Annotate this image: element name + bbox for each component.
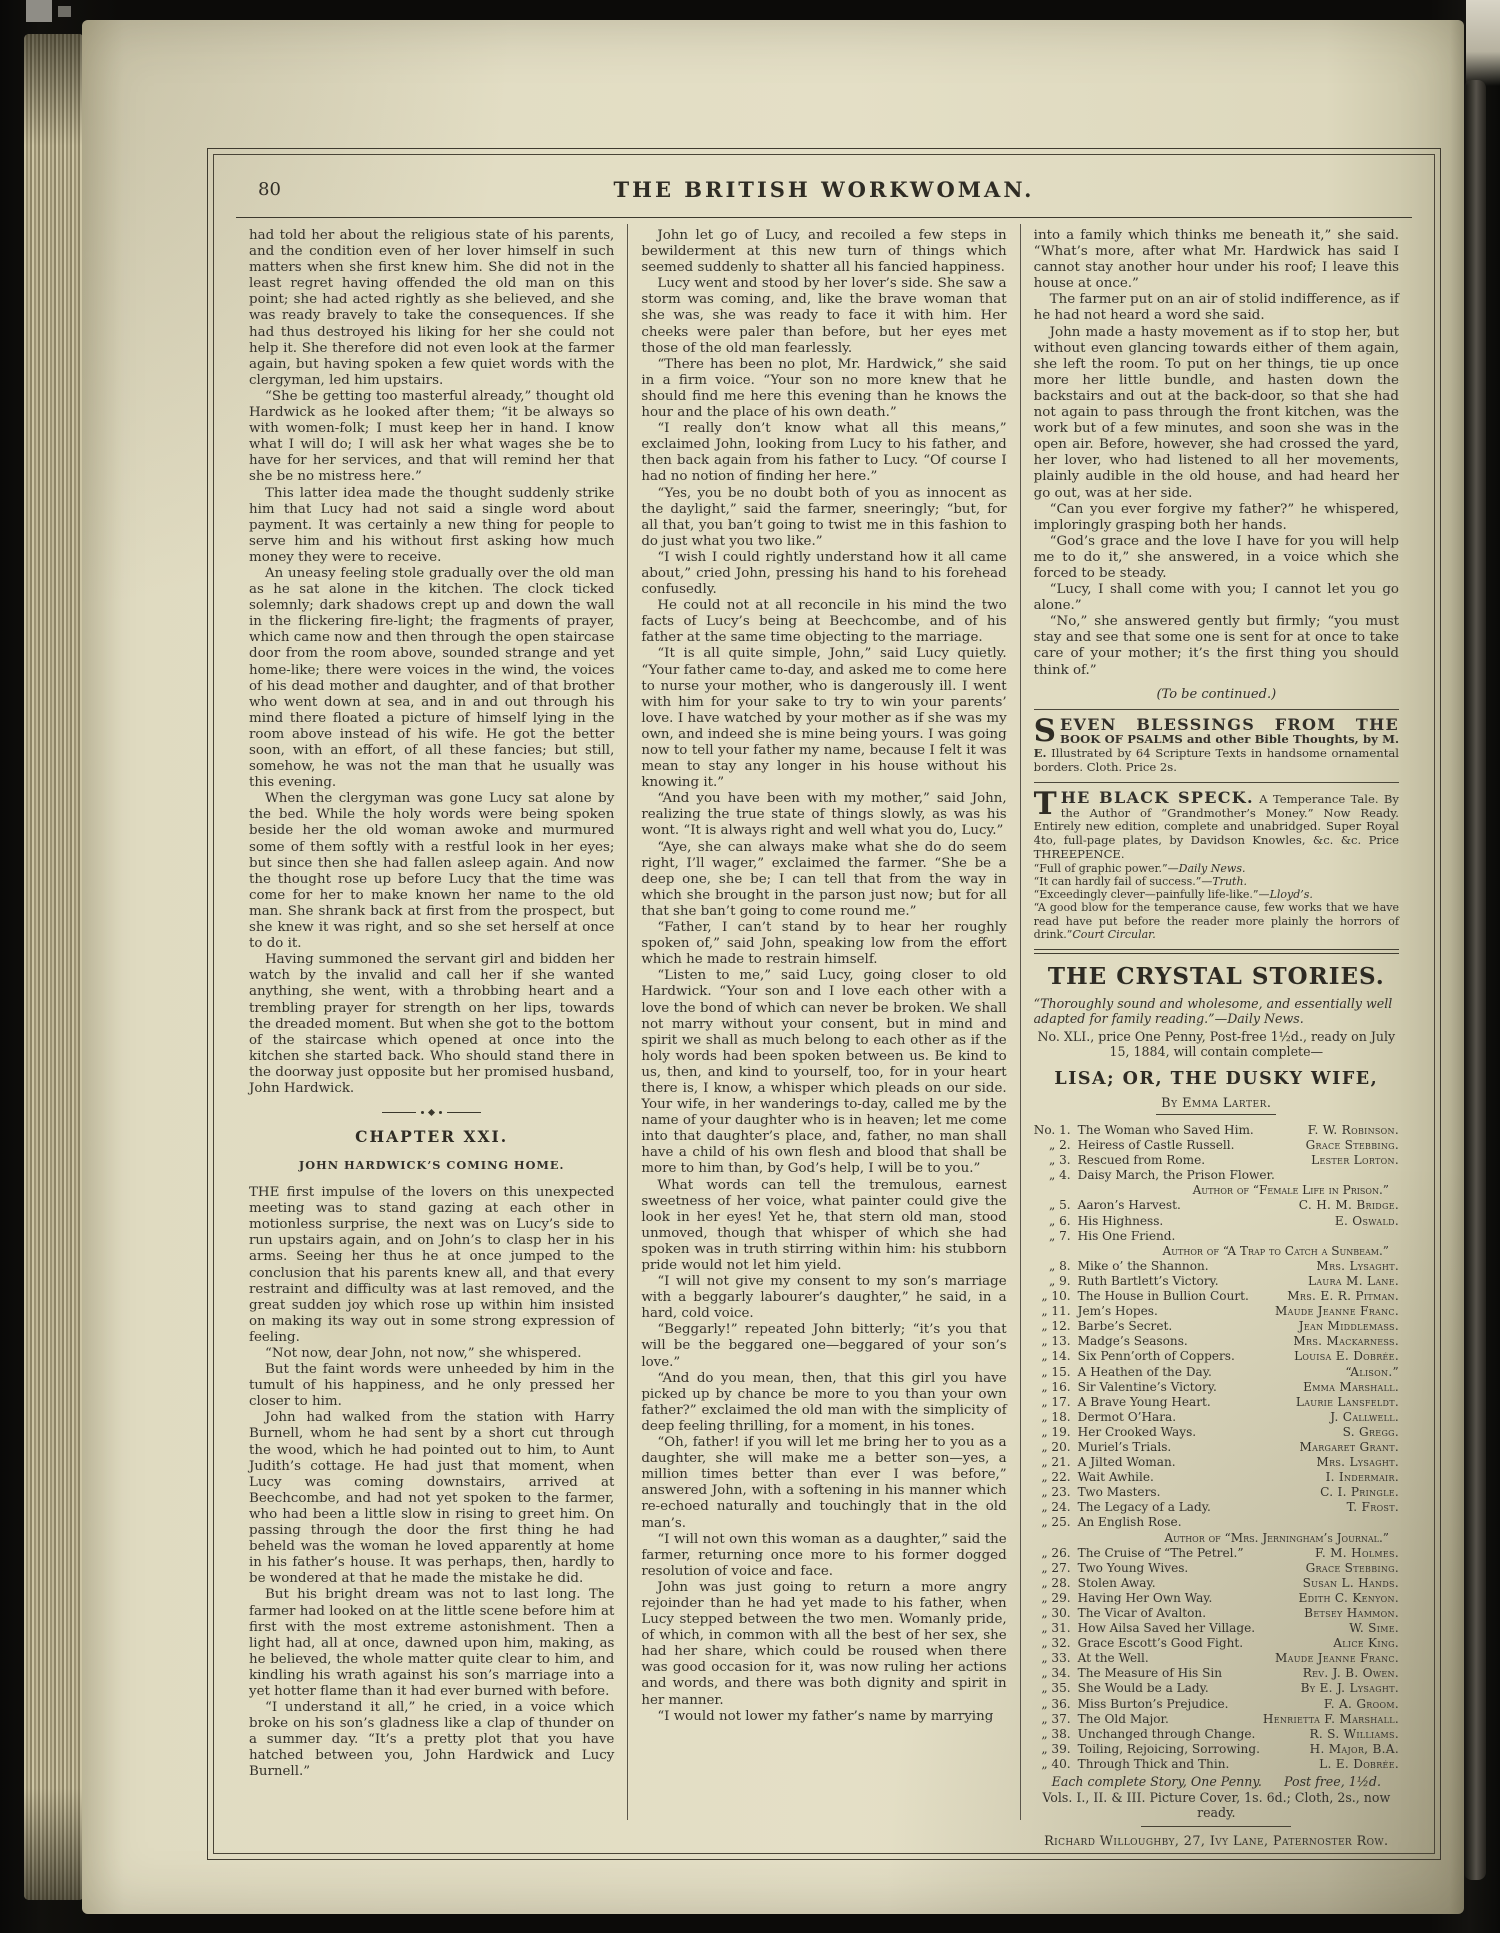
- list-item-title: The Cruise of “The Petrel.”: [1078, 1546, 1315, 1561]
- list-item-title: An English Rose.: [1078, 1515, 1399, 1530]
- story-catalogue-list: No. 1. The Woman who Saved Him. F. W. Ro…: [1034, 1123, 1399, 1772]
- list-item: „ 22. Wait Awhile. I. Indermair.: [1034, 1470, 1399, 1485]
- list-item-author: R. S. Williams.: [1309, 1727, 1399, 1742]
- list-item-title: Miss Burton’s Prejudice.: [1078, 1697, 1324, 1712]
- list-item-number: „ 16.: [1034, 1380, 1078, 1395]
- list-item-number: „ 7.: [1034, 1229, 1078, 1244]
- list-item-author: Jean Middlemass.: [1299, 1319, 1399, 1334]
- book-page-edges: [24, 34, 84, 1900]
- list-item-number: „ 37.: [1034, 1712, 1078, 1727]
- paragraph: But the faint words were unheeded by him…: [249, 1362, 614, 1410]
- ad-seven-blessings: SEVEN BLESSINGS FROM THE BOOK OF PSALMS …: [1034, 718, 1399, 775]
- list-item-number: „ 34.: [1034, 1666, 1078, 1681]
- story-text-block: had told her about the religious state o…: [249, 228, 614, 1097]
- list-item: „ 40. Through Thick and Thin. L. E. Dobr…: [1034, 1757, 1399, 1772]
- paragraph: An uneasy feeling stole gradually over t…: [249, 566, 614, 791]
- list-item-title: The Old Major.: [1078, 1712, 1263, 1727]
- list-item-author: Mrs. Mackarness.: [1293, 1334, 1399, 1349]
- list-item-title: Wait Awhile.: [1078, 1470, 1326, 1485]
- column-2: John let go of Lucy, and recoiled a few …: [627, 224, 1019, 1820]
- list-item-author: Emma Marshall.: [1303, 1380, 1399, 1395]
- list-item: „ 19. Her Crooked Ways. S. Gregg.: [1034, 1425, 1399, 1440]
- list-item-title: Heiress of Castle Russell.: [1078, 1138, 1306, 1153]
- paragraph: John had walked from the station with Ha…: [249, 1410, 614, 1587]
- section-divider-ornament: [249, 1110, 614, 1115]
- list-item-title: Two Young Wives.: [1078, 1561, 1306, 1576]
- newspaper-page: 80 THE BRITISH WORKWOMAN. had told her a…: [82, 20, 1464, 1914]
- byline-rule: [1156, 1114, 1276, 1115]
- list-item-title: The Legacy of a Lady.: [1078, 1500, 1347, 1515]
- list-item-number: No. 1.: [1034, 1123, 1078, 1138]
- list-item: „ 21. A Jilted Woman. Mrs. Lysaght.: [1034, 1455, 1399, 1470]
- list-item-author: Louisa E. Dobrée.: [1294, 1349, 1399, 1364]
- list-item-title: Six Penn’orth of Coppers.: [1078, 1349, 1294, 1364]
- list-item: „ 6. His Highness. E. Oswald.: [1034, 1214, 1399, 1229]
- scan-background: 80 THE BRITISH WORKWOMAN. had told her a…: [0, 0, 1500, 1933]
- list-item: „ 8. Mike o’ the Shannon. Mrs. Lysaght.: [1034, 1259, 1399, 1274]
- list-item-author: Laurie Lansfeldt.: [1296, 1395, 1399, 1410]
- paragraph: “I understand it all,” he cried, in a vo…: [249, 1700, 614, 1780]
- list-item-title: Muriel’s Trials.: [1078, 1440, 1300, 1455]
- list-item-title: A Heathen of the Day.: [1078, 1365, 1346, 1380]
- paragraph: “I will not own this woman as a daughter…: [641, 1532, 1006, 1580]
- list-item: „ 23. Two Masters. C. I. Pringle.: [1034, 1485, 1399, 1500]
- column-1: had told her about the religious state o…: [236, 224, 627, 1820]
- list-item: „ 39. Toiling, Rejoicing, Sorrowing. H. …: [1034, 1742, 1399, 1757]
- list-item-number: „ 4.: [1034, 1168, 1078, 1183]
- list-item-number: „ 25.: [1034, 1515, 1078, 1530]
- list-item-title: She Would be a Lady.: [1078, 1681, 1301, 1696]
- list-item-author: S. Gregg.: [1343, 1425, 1399, 1440]
- featured-story-byline: By Emma Larter.: [1034, 1096, 1399, 1111]
- list-item-title: Toiling, Rejoicing, Sorrowing.: [1078, 1742, 1310, 1757]
- list-item-author: “Alison.”: [1345, 1365, 1399, 1380]
- scan-artifact: [1466, 0, 1500, 86]
- ad-title-tail: A Temperance Tale.: [1254, 792, 1379, 806]
- list-item-title: Through Thick and Thin.: [1078, 1757, 1320, 1772]
- list-item-author: W. Sime.: [1349, 1621, 1399, 1636]
- ad-body: Entirely new edition, complete and unabr…: [1034, 819, 1399, 861]
- price-right: Post free, 1½d.: [1284, 1774, 1381, 1789]
- press-quotes: “Full of graphic power.”—Daily News. “It…: [1034, 862, 1399, 941]
- list-item-number: „ 19.: [1034, 1425, 1078, 1440]
- list-item-number: „ 14.: [1034, 1349, 1078, 1364]
- list-item-author: Rev. J. B. Owen.: [1303, 1666, 1399, 1681]
- ad-black-speck: THE BLACK SPECK. A Temperance Tale. By t…: [1034, 791, 1399, 941]
- list-item: „ 4. Daisy March, the Prison Flower.: [1034, 1168, 1399, 1183]
- section-rule: [1034, 782, 1399, 783]
- list-item-title: Unchanged through Change.: [1078, 1727, 1310, 1742]
- price-line: Each complete Story, One Penny. Post fre…: [1034, 1772, 1399, 1789]
- list-item-author: Edith C. Kenyon.: [1299, 1591, 1399, 1606]
- chapter-subheading: JOHN HARDWICK’S COMING HOME.: [249, 1158, 614, 1172]
- list-item-number: „ 5.: [1034, 1198, 1078, 1213]
- list-item: „ 3. Rescued from Rome. Lester Lorton.: [1034, 1153, 1399, 1168]
- list-item-title: Ruth Bartlett’s Victory.: [1078, 1274, 1308, 1289]
- featured-story-title: LISA; OR, THE DUSKY WIFE,: [1034, 1069, 1399, 1089]
- list-item: „ 17. A Brave Young Heart. Laurie Lansfe…: [1034, 1395, 1399, 1410]
- list-item-number: „ 15.: [1034, 1365, 1078, 1380]
- list-item-number: „ 29.: [1034, 1591, 1078, 1606]
- paragraph: “God’s grace and the love I have for you…: [1034, 534, 1399, 582]
- list-item-number: „ 12.: [1034, 1319, 1078, 1334]
- list-item-number: „ 39.: [1034, 1742, 1078, 1757]
- list-item-author: Alice King.: [1333, 1636, 1399, 1651]
- list-item-author-credit: Author of “A Trap to Catch a Sunbeam.”: [1034, 1244, 1399, 1259]
- list-item: „ 25. An English Rose.: [1034, 1515, 1399, 1530]
- page-content: 80 THE BRITISH WORKWOMAN. had told her a…: [213, 154, 1435, 1854]
- paragraph: “She be getting too masterful already,” …: [249, 389, 614, 486]
- paragraph: What words can tell the tremulous, earne…: [641, 1178, 1006, 1275]
- list-item-number: „ 23.: [1034, 1485, 1078, 1500]
- paragraph: THE first impulse of the lovers on this …: [249, 1185, 614, 1346]
- ad-crystal-stories: THE CRYSTAL STORIES. “Thoroughly sound a…: [1034, 963, 1399, 1849]
- list-item-author: T. Frost.: [1347, 1500, 1399, 1515]
- list-item-author: Susan L. Hands.: [1303, 1576, 1399, 1591]
- footer-rule: [1141, 1826, 1291, 1827]
- press-quote: “It can hardly fail of success.”—Truth.: [1034, 875, 1399, 888]
- paragraph: But his bright dream was not to last lon…: [249, 1587, 614, 1700]
- list-item: „ 34. The Measure of His Sin Rev. J. B. …: [1034, 1666, 1399, 1681]
- list-item-number: „ 24.: [1034, 1500, 1078, 1515]
- list-item-author: Grace Stebbing.: [1306, 1561, 1399, 1576]
- paragraph: “No,” she answered gently but firmly; “y…: [1034, 614, 1399, 678]
- volumes-line: Vols. I., II. & III. Picture Cover, 1s. …: [1034, 1790, 1399, 1820]
- list-item-number: „ 36.: [1034, 1697, 1078, 1712]
- list-item-author: Margaret Grant.: [1299, 1440, 1399, 1455]
- list-item-title: Stolen Away.: [1078, 1576, 1303, 1591]
- list-item: „ 5. Aaron’s Harvest. C. H. M. Bridge.: [1034, 1198, 1399, 1213]
- list-item-author: Maude Jeanne Franc.: [1275, 1304, 1399, 1319]
- list-item-number: „ 13.: [1034, 1334, 1078, 1349]
- paragraph: “I really don’t know what all this means…: [641, 421, 1006, 485]
- list-item-author: Mrs. Lysaght.: [1316, 1259, 1399, 1274]
- list-item-number: „ 28.: [1034, 1576, 1078, 1591]
- list-item-title: Jem’s Hopes.: [1078, 1304, 1275, 1319]
- story-text-block: THE first impulse of the lovers on this …: [249, 1185, 614, 1780]
- list-item-author: By E. J. Lysaght.: [1301, 1681, 1399, 1696]
- list-item-title: Aaron’s Harvest.: [1078, 1198, 1299, 1213]
- list-item-author: Laura M. Lane.: [1308, 1274, 1399, 1289]
- list-item-title: Barbe’s Secret.: [1078, 1319, 1299, 1334]
- list-item-number: „ 31.: [1034, 1621, 1078, 1636]
- list-item: „ 35. She Would be a Lady. By E. J. Lysa…: [1034, 1681, 1399, 1696]
- list-item: „ 33. At the Well. Maude Jeanne Franc.: [1034, 1651, 1399, 1666]
- chapter-heading: CHAPTER XXI.: [249, 1127, 614, 1146]
- list-item-author: Lester Lorton.: [1311, 1153, 1399, 1168]
- printed-border-frame: 80 THE BRITISH WORKWOMAN. had told her a…: [207, 148, 1441, 1860]
- price-left: Each complete Story, One Penny.: [1052, 1774, 1262, 1789]
- list-item-number: „ 18.: [1034, 1410, 1078, 1425]
- story-text-block: John let go of Lucy, and recoiled a few …: [641, 228, 1006, 1725]
- list-item: „ 16. Sir Valentine’s Victory. Emma Mars…: [1034, 1380, 1399, 1395]
- list-item: „ 7. His One Friend.: [1034, 1229, 1399, 1244]
- paragraph: John was just going to return a more ang…: [641, 1580, 1006, 1709]
- paragraph: He could not at all reconcile in his min…: [641, 598, 1006, 646]
- list-item-author: E. Oswald.: [1335, 1214, 1399, 1229]
- list-item-number: „ 6.: [1034, 1214, 1078, 1229]
- list-item-number: „ 17.: [1034, 1395, 1078, 1410]
- list-item-number: „ 32.: [1034, 1636, 1078, 1651]
- ad-body: Illustrated by 64 Scripture Texts in han…: [1034, 746, 1399, 774]
- list-item: „ 31. How Ailsa Saved her Village. W. Si…: [1034, 1621, 1399, 1636]
- list-item-number: „ 11.: [1034, 1304, 1078, 1319]
- scan-artifact: [26, 0, 52, 22]
- list-item: „ 10. The House in Bullion Court. Mrs. E…: [1034, 1289, 1399, 1304]
- page-number: 80: [258, 179, 281, 200]
- paragraph: “Can you ever forgive my father?” he whi…: [1034, 502, 1399, 534]
- list-item-title: Madge’s Seasons.: [1078, 1334, 1294, 1349]
- list-item-number: „ 8.: [1034, 1259, 1078, 1274]
- section-rule: [1034, 709, 1399, 710]
- paragraph: John made a hasty movement as if to stop…: [1034, 325, 1399, 502]
- list-item-number: „ 26.: [1034, 1546, 1078, 1561]
- list-item-title: His One Friend.: [1078, 1229, 1399, 1244]
- page-header: 80 THE BRITISH WORKWOMAN.: [236, 167, 1412, 209]
- paragraph: “And you have been with my mother,” said…: [641, 791, 1006, 839]
- publisher-line: Richard Willoughby, 27, Ivy Lane, Patern…: [1034, 1834, 1399, 1849]
- list-item-author-credit: Author of “Female Life in Prison.”: [1034, 1183, 1399, 1198]
- paragraph: “Aye, she can always make what she do do…: [641, 840, 1006, 920]
- column-3: into a family which thinks me beneath it…: [1020, 224, 1412, 1820]
- press-quote: “Full of graphic power.”—Daily News.: [1034, 862, 1399, 875]
- story-text-block: into a family which thinks me beneath it…: [1034, 228, 1399, 679]
- list-item-number: „ 38.: [1034, 1727, 1078, 1742]
- paragraph: “I wish I could rightly understand how i…: [641, 550, 1006, 598]
- press-quote: “Exceedingly clever—painfully life-like.…: [1034, 888, 1399, 901]
- list-item-number: „ 3.: [1034, 1153, 1078, 1168]
- masthead-title: THE BRITISH WORKWOMAN.: [236, 167, 1412, 202]
- list-item-title: The Vicar of Avalton.: [1078, 1606, 1305, 1621]
- list-item-number: „ 10.: [1034, 1289, 1078, 1304]
- list-item-number: „ 35.: [1034, 1681, 1078, 1696]
- paragraph: When the clergyman was gone Lucy sat alo…: [249, 791, 614, 952]
- list-item-number: „ 20.: [1034, 1440, 1078, 1455]
- section-rule-heavy: [1034, 949, 1399, 954]
- paragraph: “Father, I can’t stand by to hear her ro…: [641, 920, 1006, 968]
- list-item-author: H. Major, B.A.: [1310, 1742, 1399, 1757]
- paragraph: “I would not lower my father’s name by m…: [641, 1709, 1006, 1725]
- list-item: „ 24. The Legacy of a Lady. T. Frost.: [1034, 1500, 1399, 1515]
- list-item-author: F. A. Groom.: [1324, 1697, 1399, 1712]
- crystal-review-quote: “Thoroughly sound and wholesome, and ess…: [1034, 996, 1399, 1026]
- paragraph: “It is all quite simple, John,” said Luc…: [641, 646, 1006, 791]
- list-item-number: „ 33.: [1034, 1651, 1078, 1666]
- page-curve-shadow: [1464, 80, 1486, 1880]
- list-item-title: How Ailsa Saved her Village.: [1078, 1621, 1350, 1636]
- list-item-title: Sir Valentine’s Victory.: [1078, 1380, 1303, 1395]
- list-item-number: „ 40.: [1034, 1757, 1078, 1772]
- list-item-title: Daisy March, the Prison Flower.: [1078, 1168, 1399, 1183]
- list-item-author: Grace Stebbing.: [1306, 1138, 1399, 1153]
- to-be-continued-note: (To be continued.): [1034, 687, 1399, 702]
- list-item: „ 20. Muriel’s Trials. Margaret Grant.: [1034, 1440, 1399, 1455]
- list-item-title: At the Well.: [1078, 1651, 1275, 1666]
- list-item: „ 32. Grace Escott’s Good Fight. Alice K…: [1034, 1636, 1399, 1651]
- list-item-author: L. E. Dobrée.: [1319, 1757, 1399, 1772]
- list-item-number: „ 9.: [1034, 1274, 1078, 1289]
- scan-artifact: [58, 6, 71, 17]
- list-item-title: The Measure of His Sin: [1078, 1666, 1303, 1681]
- list-item: „ 30. The Vicar of Avalton. Betsey Hammo…: [1034, 1606, 1399, 1621]
- list-item-title: Dermot O’Hara.: [1078, 1410, 1331, 1425]
- list-item-title: The Woman who Saved Him.: [1078, 1123, 1308, 1138]
- paragraph: John let go of Lucy, and recoiled a few …: [641, 228, 1006, 276]
- list-item-author: Henrietta F. Marshall.: [1263, 1712, 1399, 1727]
- list-item: „ 12. Barbe’s Secret. Jean Middlemass.: [1034, 1319, 1399, 1334]
- list-item-title: A Brave Young Heart.: [1078, 1395, 1296, 1410]
- paragraph: Lucy went and stood by her lover’s side.…: [641, 276, 1006, 356]
- list-item-author: I. Indermair.: [1326, 1470, 1399, 1485]
- list-item: „ 38. Unchanged through Change. R. S. Wi…: [1034, 1727, 1399, 1742]
- list-item-title: The House in Bullion Court.: [1078, 1289, 1288, 1304]
- list-item-title: Grace Escott’s Good Fight.: [1078, 1636, 1334, 1651]
- header-rule: [236, 217, 1412, 218]
- list-item: „ 36. Miss Burton’s Prejudice. F. A. Gro…: [1034, 1697, 1399, 1712]
- list-item-author: F. W. Robinson.: [1308, 1123, 1399, 1138]
- list-item-title: A Jilted Woman.: [1078, 1455, 1317, 1470]
- list-item-author: Betsey Hammon.: [1304, 1606, 1399, 1621]
- list-item: „ 9. Ruth Bartlett’s Victory. Laura M. L…: [1034, 1274, 1399, 1289]
- list-item: „ 29. Having Her Own Way. Edith C. Kenyo…: [1034, 1591, 1399, 1606]
- paragraph: “Beggarly!” repeated John bitterly; “it’…: [641, 1322, 1006, 1370]
- list-item-author: C. I. Pringle.: [1320, 1485, 1399, 1500]
- list-item-title: Mike o’ the Shannon.: [1078, 1259, 1317, 1274]
- paragraph: “I will not give my consent to my son’s …: [641, 1274, 1006, 1322]
- ad-title: EVEN BLESSINGS FROM THE: [1060, 715, 1399, 734]
- paragraph: “Listen to me,” said Lucy, going closer …: [641, 968, 1006, 1177]
- drop-cap: T: [1034, 791, 1061, 817]
- paragraph: into a family which thinks me beneath it…: [1034, 228, 1399, 292]
- ad-title: HE BLACK SPECK.: [1061, 788, 1254, 807]
- list-item-title: Rescued from Rome.: [1078, 1153, 1312, 1168]
- drop-cap: S: [1034, 718, 1060, 744]
- list-item: „ 2. Heiress of Castle Russell. Grace St…: [1034, 1138, 1399, 1153]
- list-item-number: „ 21.: [1034, 1455, 1078, 1470]
- paragraph: The farmer put on an air of stolid indif…: [1034, 292, 1399, 324]
- list-item-author: Maude Jeanne Franc.: [1275, 1651, 1399, 1666]
- paragraph: “Lucy, I shall come with you; I cannot l…: [1034, 582, 1399, 614]
- list-item-number: „ 22.: [1034, 1470, 1078, 1485]
- paragraph: had told her about the religious state o…: [249, 228, 614, 389]
- list-item-author: J. Callwell.: [1330, 1410, 1399, 1425]
- list-item-number: „ 27.: [1034, 1561, 1078, 1576]
- list-item: „ 27. Two Young Wives. Grace Stebbing.: [1034, 1561, 1399, 1576]
- list-item-number: „ 30.: [1034, 1606, 1078, 1621]
- paragraph: “Yes, you be no doubt both of you as inn…: [641, 486, 1006, 550]
- paragraph: “There has been no plot, Mr. Hardwick,” …: [641, 357, 1006, 421]
- list-item-title: His Highness.: [1078, 1214, 1335, 1229]
- press-quote: “A good blow for the temperance cause, f…: [1034, 901, 1399, 941]
- list-item: No. 1. The Woman who Saved Him. F. W. Ro…: [1034, 1123, 1399, 1138]
- paragraph: “And do you mean, then, that this girl y…: [641, 1371, 1006, 1435]
- list-item-author: F. M. Holmes.: [1315, 1546, 1399, 1561]
- list-item: „ 26. The Cruise of “The Petrel.” F. M. …: [1034, 1546, 1399, 1561]
- list-item: „ 15. A Heathen of the Day. “Alison.”: [1034, 1365, 1399, 1380]
- list-item: „ 18. Dermot O’Hara. J. Callwell.: [1034, 1410, 1399, 1425]
- list-item: „ 37. The Old Major. Henrietta F. Marsha…: [1034, 1712, 1399, 1727]
- paragraph: “Not now, dear John, not now,” she whisp…: [249, 1346, 614, 1362]
- crystal-issue-line: No. XLI., price One Penny, Post-free 1½d…: [1034, 1029, 1399, 1059]
- list-item-title: Having Her Own Way.: [1078, 1591, 1299, 1606]
- column-layout: had told her about the religious state o…: [236, 224, 1412, 1820]
- list-item-author: Mrs. Lysaght.: [1316, 1455, 1399, 1470]
- list-item-author-credit: Author of “Mrs. Jerningham’s Journal.”: [1034, 1531, 1399, 1546]
- list-item: „ 28. Stolen Away. Susan L. Hands.: [1034, 1576, 1399, 1591]
- paragraph: “Oh, father! if you will let me bring he…: [641, 1435, 1006, 1532]
- list-item-title: Her Crooked Ways.: [1078, 1425, 1343, 1440]
- list-item-author: Mrs. E. R. Pitman.: [1287, 1289, 1399, 1304]
- paragraph: Having summoned the servant girl and bid…: [249, 952, 614, 1097]
- list-item-title: Two Masters.: [1078, 1485, 1320, 1500]
- crystal-stories-title: THE CRYSTAL STORIES.: [1034, 963, 1399, 990]
- list-item: „ 11. Jem’s Hopes. Maude Jeanne Franc.: [1034, 1304, 1399, 1319]
- paragraph: This latter idea made the thought sudden…: [249, 486, 614, 566]
- list-item: „ 13. Madge’s Seasons. Mrs. Mackarness.: [1034, 1334, 1399, 1349]
- list-item-author: C. H. M. Bridge.: [1299, 1198, 1399, 1213]
- list-item: „ 14. Six Penn’orth of Coppers. Louisa E…: [1034, 1349, 1399, 1364]
- list-item-number: „ 2.: [1034, 1138, 1078, 1153]
